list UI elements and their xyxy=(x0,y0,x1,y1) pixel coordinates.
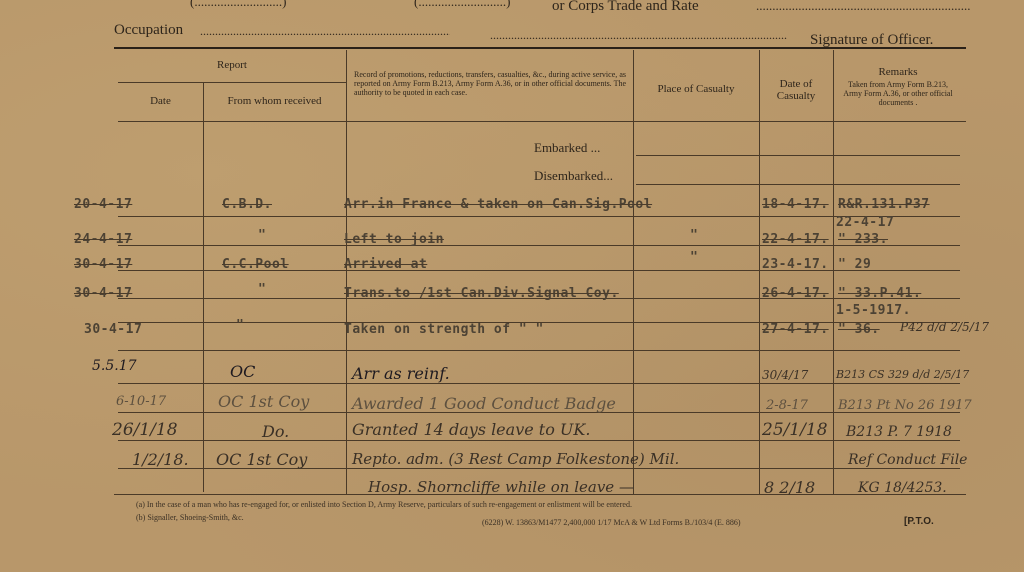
header-record: Record of promotions, reductions, transf… xyxy=(354,70,626,97)
row-date: 30-4-17 xyxy=(84,322,142,337)
row-from: " xyxy=(236,318,244,333)
row-date: 26/1/18 xyxy=(112,420,178,440)
occupation-label: Occupation xyxy=(114,22,183,39)
row-rule xyxy=(118,383,960,384)
embarked-label: Embarked ... xyxy=(534,140,600,156)
footnote-a: (a) In the case of a man who has re-enga… xyxy=(136,500,632,509)
row-from: " xyxy=(258,228,266,243)
row-remarks: KG 18/4253. xyxy=(858,480,947,496)
row-from: C.C.Pool xyxy=(222,257,289,272)
occupation-field: ........................................… xyxy=(200,24,450,39)
row-date-casualty: 26-4-17. xyxy=(762,286,829,301)
row-remarks-date: 1-5-1917. xyxy=(836,303,911,318)
row-remarks: B213 Pt No 26 1917 xyxy=(838,398,972,413)
report-subheader-rule xyxy=(118,82,346,83)
row-date-casualty: 30/4/17 xyxy=(762,368,808,382)
col-divider-2 xyxy=(346,50,347,495)
row-from: Do. xyxy=(262,422,289,441)
row-record: Granted 14 days leave to UK. xyxy=(352,420,590,439)
row-record: Arr as reinf. xyxy=(352,364,450,383)
row-date-casualty: 2-8-17 xyxy=(766,398,808,413)
footnote-b: (b) Signaller, Shoeing-Smith, &c. xyxy=(136,513,244,522)
row-date: 5.5.17 xyxy=(92,358,137,374)
row-date: 6-10-17 xyxy=(116,394,166,409)
row-record: Left to join xyxy=(344,232,444,247)
row-record: Repto. adm. (3 Rest Camp Folkestone) Mil… xyxy=(352,450,679,468)
row-from: OC 1st Coy xyxy=(218,392,309,411)
row-record: Arr.in France & taken on Can.Sig.Pool xyxy=(344,197,652,212)
row-date: 30-4-17 xyxy=(74,286,132,301)
row-record: Awarded 1 Good Conduct Badge xyxy=(352,394,616,413)
row-date: 30-4-17 xyxy=(74,257,132,272)
row-remarks: " 233. xyxy=(838,232,888,247)
row-remarks-note: P42 d/d 2/5/17 xyxy=(900,320,989,334)
row-from: " xyxy=(258,282,266,297)
header-bottom-rule xyxy=(118,121,966,122)
row-date-casualty: 23-4-17. xyxy=(762,257,829,272)
embarked-rule xyxy=(636,155,960,156)
rank-bracket: (...........................) xyxy=(414,0,510,10)
row-remarks: " 29 xyxy=(838,257,871,272)
row-from: OC 1st Coy xyxy=(216,450,307,469)
row-record: Taken on strength of " " xyxy=(344,322,544,337)
print-code: (6228) W. 13863/M1477 2,400,000 1/17 McA… xyxy=(482,518,741,527)
row-date-casualty: 8 2/18 xyxy=(764,478,815,497)
row-rule xyxy=(118,245,960,246)
row-date: 24-4-17 xyxy=(74,232,132,247)
row-rule xyxy=(118,440,960,441)
row-from: OC xyxy=(230,362,255,381)
disembarked-rule xyxy=(636,184,960,185)
header-date: Date xyxy=(118,95,203,107)
header-remarks: Remarks xyxy=(833,66,963,78)
row-record: Trans.to /1st Can.Div.Signal Coy. xyxy=(344,286,619,301)
service-number-bracket: (...........................) xyxy=(190,0,286,10)
header-remarks-sub: Taken from Army Form B.213, Army Form A.… xyxy=(838,80,958,107)
row-remarks: " 36. xyxy=(838,322,880,337)
row-remarks: B213 P. 7 1918 xyxy=(846,424,952,440)
header-date-casualty: Date of Casualty xyxy=(764,78,828,102)
row-remarks: Ref Conduct File xyxy=(848,452,967,468)
table-top-rule xyxy=(114,47,966,49)
col-divider-3 xyxy=(633,50,634,495)
disembarked-label: Disembarked... xyxy=(534,168,613,184)
row-record: Arrived at xyxy=(344,257,427,272)
row-rule xyxy=(118,350,960,351)
row-date: 20-4-17 xyxy=(74,197,132,212)
row-date-casualty: 25/1/18 xyxy=(762,420,828,440)
row-record: Hosp. Shorncliffe while on leave — xyxy=(368,478,634,496)
row-date: 1/2/18. xyxy=(132,450,189,469)
signature-field: ........................................… xyxy=(490,28,810,43)
row-remarks: " 33.P.41. xyxy=(838,286,921,301)
col-divider-5 xyxy=(833,50,834,495)
header-from-whom: From whom received xyxy=(203,95,346,107)
pto-label: [P.T.O. xyxy=(904,516,934,527)
col-divider-1 xyxy=(203,82,204,492)
row-from: C.B.D. xyxy=(222,197,272,212)
row-place: " xyxy=(690,228,698,243)
corps-trade-label: or Corps Trade and Rate xyxy=(552,0,699,15)
row-date-casualty: 27-4-17. xyxy=(762,322,829,337)
row-remarks: B213 CS 329 d/d 2/5/17 xyxy=(836,368,969,381)
row-place: " xyxy=(690,250,698,265)
row-rule xyxy=(118,216,960,217)
corps-trade-field: ........................................… xyxy=(756,0,971,14)
row-remarks: R&R.131.P37 xyxy=(838,197,930,212)
col-divider-4 xyxy=(759,50,760,495)
header-place: Place of Casualty xyxy=(633,83,759,95)
row-date-casualty: 22-4-17. xyxy=(762,232,829,247)
row-date-casualty: 18-4-17. xyxy=(762,197,829,212)
row-remarks-date: 22-4-17 xyxy=(836,215,894,230)
header-report: Report xyxy=(118,59,346,71)
